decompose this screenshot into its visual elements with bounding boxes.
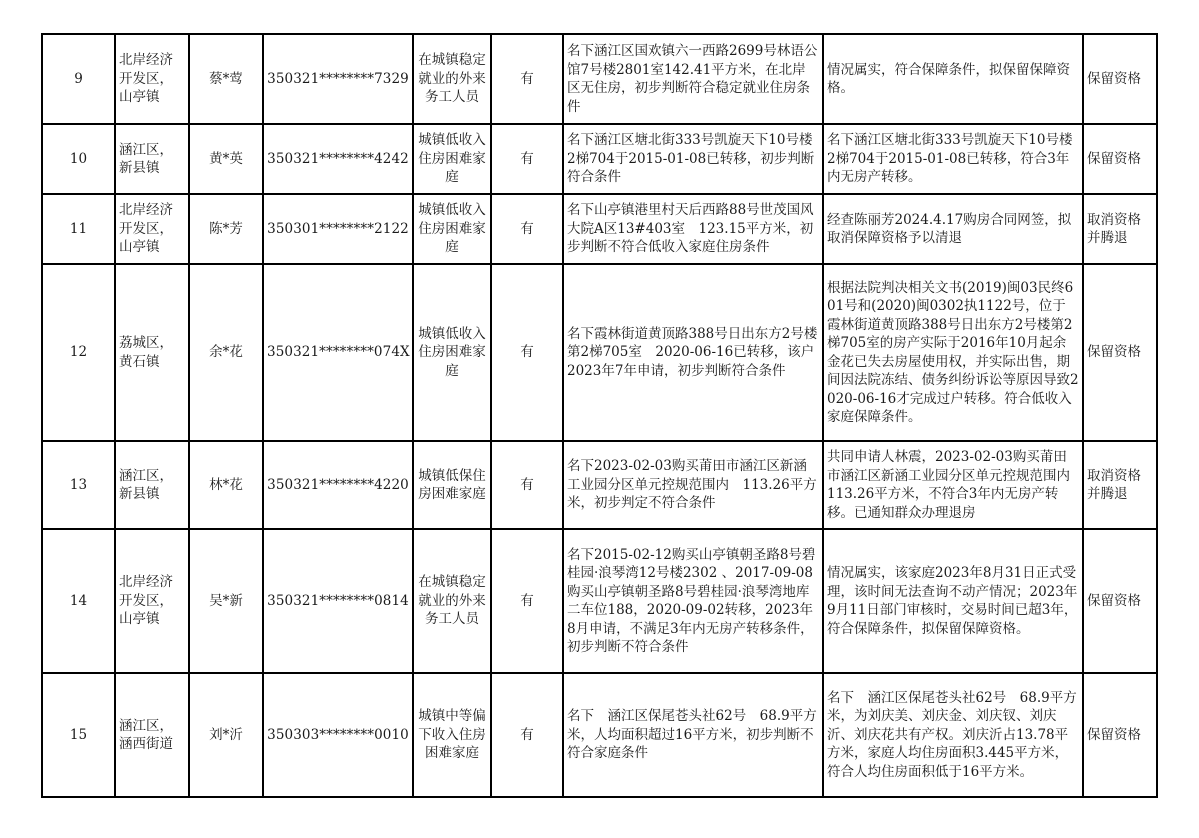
- category-cell: 城镇低保住房困难家庭: [413, 441, 491, 529]
- name-cell: 吴*新: [189, 529, 263, 673]
- seq-cell: 12: [42, 264, 115, 441]
- category-cell: 在城镇稳定就业的外来务工人员: [413, 34, 491, 124]
- verification-cell: 情况属实，符合保障条件，拟保留保障资格。: [823, 34, 1083, 124]
- id-number-cell: 350303********0010: [263, 673, 413, 797]
- preliminary-cell: 名下霞林街道黄顶路388号日出东方2号楼第2梯705室 2020-06-16已转…: [563, 264, 823, 441]
- area-cell: 北岸经济开发区，山亭镇: [115, 34, 189, 124]
- category-cell: 城镇低收入住房困难家庭: [413, 194, 491, 264]
- has-property-cell: 有: [491, 529, 563, 673]
- seq-cell: 11: [42, 194, 115, 264]
- preliminary-cell: 名下 涵江区保尾苍头社62号 68.9平方米，人均面积超过16平方米，初步判断不…: [563, 673, 823, 797]
- area-cell: 荔城区，黄石镇: [115, 264, 189, 441]
- name-cell: 陈*芳: [189, 194, 263, 264]
- preliminary-cell: 名下涵江区国欢镇六一西路2699号林语公馆7号楼2801室142.41平方米，在…: [563, 34, 823, 124]
- name-cell: 黄*英: [189, 124, 263, 194]
- has-property-cell: 有: [491, 34, 563, 124]
- preliminary-cell: 名下2023-02-03购买莆田市涵江区新涵工业园分区单元控规范围内 113.2…: [563, 441, 823, 529]
- category-cell: 城镇低收入住房困难家庭: [413, 264, 491, 441]
- result-cell: 保留资格: [1083, 34, 1157, 124]
- area-cell: 北岸经济开发区，山亭镇: [115, 529, 189, 673]
- area-cell: 涵江区，涵西街道: [115, 673, 189, 797]
- verification-cell: 根据法院判决相关文书(2019)闽03民终601号和(2020)闽0302执11…: [823, 264, 1083, 441]
- table-row: 9 北岸经济开发区，山亭镇 蔡*莺 350321********7329 在城镇…: [42, 34, 1157, 124]
- name-cell: 刘*沂: [189, 673, 263, 797]
- id-number-cell: 350321********7329: [263, 34, 413, 124]
- seq-cell: 13: [42, 441, 115, 529]
- area-cell: 涵江区，新县镇: [115, 124, 189, 194]
- result-cell: 取消资格并腾退: [1083, 441, 1157, 529]
- result-cell: 保留资格: [1083, 124, 1157, 194]
- has-property-cell: 有: [491, 124, 563, 194]
- has-property-cell: 有: [491, 264, 563, 441]
- verification-cell: 共同申请人林震，2023-02-03购买莆田市涵江区新涵工业园分区单元控规范围内…: [823, 441, 1083, 529]
- result-cell: 取消资格并腾退: [1083, 194, 1157, 264]
- table-row: 14 北岸经济开发区，山亭镇 吴*新 350321********0814 在城…: [42, 529, 1157, 673]
- housing-eligibility-table: 9 北岸经济开发区，山亭镇 蔡*莺 350321********7329 在城镇…: [41, 33, 1158, 798]
- seq-cell: 10: [42, 124, 115, 194]
- seq-cell: 9: [42, 34, 115, 124]
- result-cell: 保留资格: [1083, 264, 1157, 441]
- area-cell: 北岸经济开发区，山亭镇: [115, 194, 189, 264]
- category-cell: 城镇中等偏下收入住房困难家庭: [413, 673, 491, 797]
- has-property-cell: 有: [491, 441, 563, 529]
- table-row: 12 荔城区，黄石镇 余*花 350321********074X 城镇低收入住…: [42, 264, 1157, 441]
- seq-cell: 14: [42, 529, 115, 673]
- table-row: 15 涵江区，涵西街道 刘*沂 350303********0010 城镇中等偏…: [42, 673, 1157, 797]
- preliminary-cell: 名下2015-02-12购买山亭镇朝圣路8号碧桂园·浪琴湾12号楼2302 、2…: [563, 529, 823, 673]
- id-number-cell: 350301********2122: [263, 194, 413, 264]
- has-property-cell: 有: [491, 673, 563, 797]
- verification-cell: 经查陈丽芳2024.4.17购房合同网签，拟取消保障资格予以清退: [823, 194, 1083, 264]
- id-number-cell: 350321********0814: [263, 529, 413, 673]
- area-cell: 涵江区，新县镇: [115, 441, 189, 529]
- preliminary-cell: 名下山亭镇港里村天后西路88号世茂国风大院A区13#403室 123.15平方米…: [563, 194, 823, 264]
- id-number-cell: 350321********074X: [263, 264, 413, 441]
- has-property-cell: 有: [491, 194, 563, 264]
- verification-cell: 名下涵江区塘北街333号凯旋天下10号楼2梯704于2015-01-08已转移，…: [823, 124, 1083, 194]
- category-cell: 城镇低收入住房困难家庭: [413, 124, 491, 194]
- name-cell: 余*花: [189, 264, 263, 441]
- preliminary-cell: 名下涵江区塘北街333号凯旋天下10号楼2梯704于2015-01-08已转移，…: [563, 124, 823, 194]
- table-row: 11 北岸经济开发区，山亭镇 陈*芳 350301********2122 城镇…: [42, 194, 1157, 264]
- table-row: 10 涵江区，新县镇 黄*英 350321********4242 城镇低收入住…: [42, 124, 1157, 194]
- category-cell: 在城镇稳定就业的外来务工人员: [413, 529, 491, 673]
- name-cell: 蔡*莺: [189, 34, 263, 124]
- table-row: 13 涵江区，新县镇 林*花 350321********4220 城镇低保住房…: [42, 441, 1157, 529]
- id-number-cell: 350321********4242: [263, 124, 413, 194]
- verification-cell: 名下 涵江区保尾苍头社62号 68.9平方米，为刘庆美、刘庆金、刘庆钗、刘庆沂、…: [823, 673, 1083, 797]
- result-cell: 保留资格: [1083, 673, 1157, 797]
- result-cell: 保留资格: [1083, 529, 1157, 673]
- name-cell: 林*花: [189, 441, 263, 529]
- id-number-cell: 350321********4220: [263, 441, 413, 529]
- verification-cell: 情况属实，该家庭2023年8月31日正式受理，该时间无法查询不动产情况；2023…: [823, 529, 1083, 673]
- seq-cell: 15: [42, 673, 115, 797]
